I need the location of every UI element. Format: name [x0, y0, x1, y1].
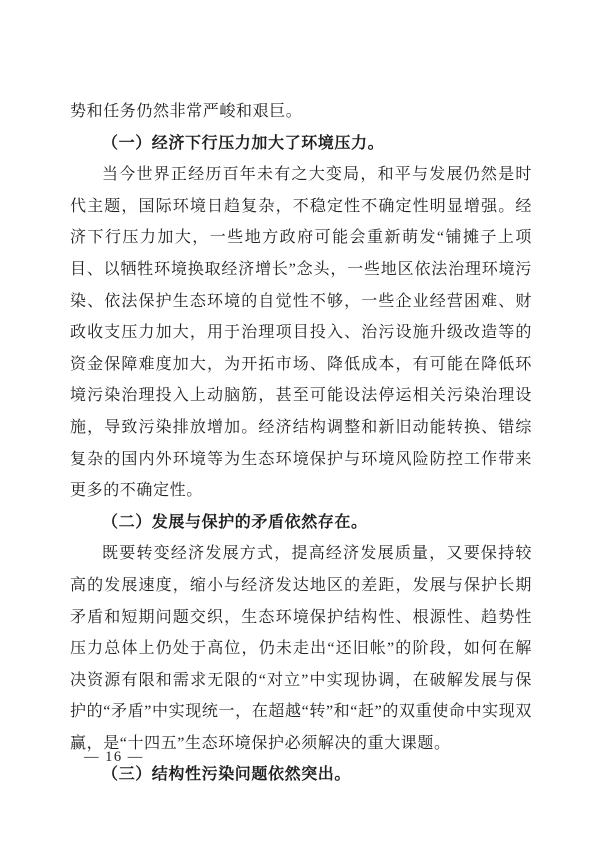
paragraph-economic-pressure: 当今世界正经历百年未有之大变局，和平与发展仍然是时代主题，国际环境日趋复杂，不稳…	[70, 159, 532, 507]
section-heading-2: （二）发展与保护的矛盾依然存在。	[70, 507, 532, 539]
page-number: — 16 —	[84, 749, 144, 766]
paragraph-continuation: 势和任务仍然非常严峻和艰巨。	[70, 96, 532, 128]
section-heading-1: （一）经济下行压力加大了环境压力。	[70, 128, 532, 160]
document-page: 势和任务仍然非常严峻和艰巨。 （一）经济下行压力加大了环境压力。 当今世界正经历…	[0, 0, 600, 848]
paragraph-development-protection: 既要转变经济发展方式，提高经济发展质量，又要保持较高的发展速度，缩小与经济发达地…	[70, 538, 532, 759]
